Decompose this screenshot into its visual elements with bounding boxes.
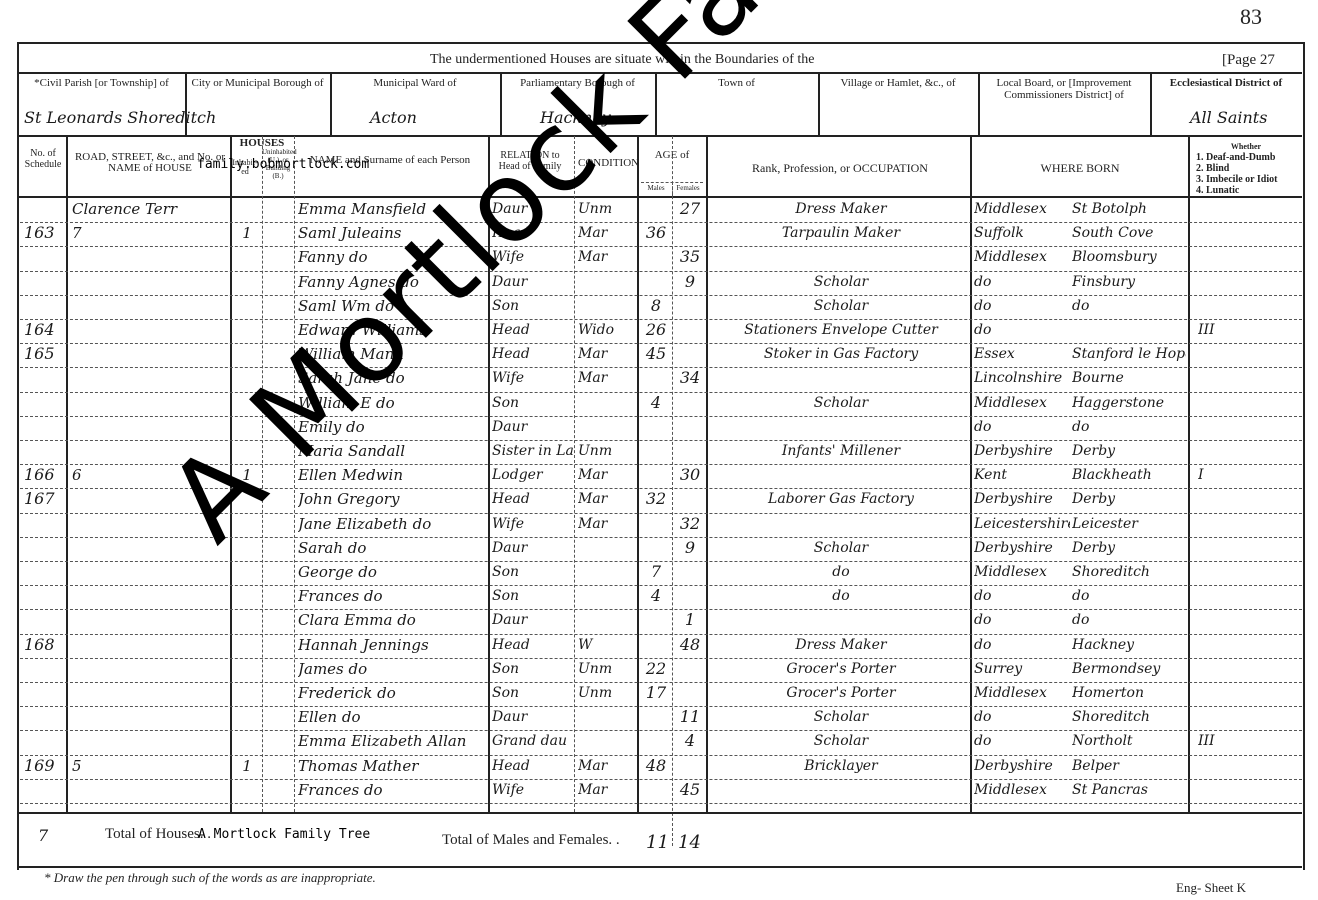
cell-relation: Head: [492, 636, 574, 654]
column-divider: [637, 136, 639, 812]
cell-condition: Mar: [578, 369, 636, 387]
cell-born-place: do: [1072, 611, 1186, 629]
cell-age-female: 11: [676, 708, 704, 726]
cell-born-place: Derby: [1072, 539, 1186, 557]
row-line: [20, 222, 1302, 223]
boundary-label: *Civil Parish [or Township] of: [22, 77, 181, 89]
whether-item: 4. Lunatic: [1196, 185, 1304, 196]
cell-born-place: St Pancras: [1072, 781, 1186, 799]
cell-schedule: 164: [24, 321, 66, 339]
cell-relation: Son: [492, 563, 574, 581]
whether-item: 3. Imbecile or Idiot: [1196, 174, 1304, 185]
cell-born-county: do: [974, 708, 1070, 726]
cell-age-male: 17: [642, 684, 670, 702]
row-line: [20, 730, 1302, 731]
column-divider: [970, 136, 972, 812]
cell-born-county: do: [974, 636, 1070, 654]
watermark-url: family.bobmortlock.com: [197, 157, 369, 172]
cell-relation: Son: [492, 660, 574, 678]
row-line: [20, 343, 1302, 344]
cell-occupation: Scholar: [716, 732, 966, 750]
boundary-label: City or Municipal Borough of: [189, 77, 326, 89]
cell-born-place: Finsbury: [1072, 273, 1186, 291]
cell-condition: Mar: [578, 466, 636, 484]
row-line: [20, 609, 1302, 610]
cell-born-county: do: [974, 273, 1070, 291]
row-line: [20, 367, 1302, 368]
sheet-label: Eng- Sheet K: [1176, 880, 1246, 896]
watermark-bottom: A Mortlock Family Tree: [198, 827, 370, 842]
total-females: 14: [678, 832, 701, 853]
cell-born-county: Derbyshire: [974, 539, 1070, 557]
cell-born-place: do: [1072, 418, 1186, 436]
cell-age-female: 48: [676, 636, 704, 654]
cell-age-female: 35: [676, 248, 704, 266]
cell-occupation: Scholar: [716, 539, 966, 557]
cell-condition: Mar: [578, 345, 636, 363]
cell-schedule: 163: [24, 224, 66, 242]
boundary-divider: [818, 73, 820, 135]
column-divider: [574, 136, 575, 812]
cell-schedule: 167: [24, 490, 66, 508]
cell-condition: Mar: [578, 490, 636, 508]
cell-born-county: Middlesex: [974, 781, 1070, 799]
cell-born-place: do: [1072, 587, 1186, 605]
age-subheader-divider: [672, 182, 673, 196]
cell-relation: Head: [492, 321, 574, 339]
cell-age-female: 32: [676, 515, 704, 533]
boundary-label: Local Board, or [Improvement Commissione…: [982, 77, 1146, 101]
cell-name: Sarah do: [298, 539, 486, 557]
cell-condition: Unm: [578, 660, 636, 678]
cell-born-place: Leicester: [1072, 515, 1186, 533]
footnote: * Draw the pen through such of the words…: [44, 870, 376, 886]
row-line: [20, 803, 1302, 804]
boundary-label: Municipal Ward of: [334, 77, 496, 89]
cell-condition: W: [578, 636, 636, 654]
cell-name: Ellen do: [298, 708, 486, 726]
cell-born-place: Bourne: [1072, 369, 1186, 387]
cell-occupation: Stationers Envelope Cutter: [716, 321, 966, 339]
cell-born-place: St Botolph: [1072, 200, 1186, 218]
cell-name: Frances do: [298, 587, 486, 605]
cell-age-female: 45: [676, 781, 704, 799]
cell-infirmity: III: [1198, 732, 1238, 750]
cell-born-place: Stanford le Hope: [1072, 345, 1186, 363]
row-line: [20, 634, 1302, 635]
cell-born-county: Essex: [974, 345, 1070, 363]
col-occupation: Rank, Profession, or OCCUPATION: [710, 163, 970, 174]
cell-born-place: Derby: [1072, 490, 1186, 508]
cell-born-place: South Cove: [1072, 224, 1186, 242]
cell-age-female: 4: [676, 732, 704, 750]
cell-born-county: Kent: [974, 466, 1070, 484]
cell-occupation: Dress Maker: [716, 200, 966, 218]
cell-relation: Daur: [492, 611, 574, 629]
cell-relation: Daur: [492, 418, 574, 436]
cell-occupation: Grocer's Porter: [716, 684, 966, 702]
cell-born-county: do: [974, 321, 1070, 339]
row-line: [20, 779, 1302, 780]
col-whether: Whether: [1192, 142, 1300, 151]
cell-relation: Sister in Law: [492, 442, 574, 460]
cell-name: Thomas Mather: [298, 757, 486, 775]
cell-schedule: 168: [24, 636, 66, 654]
page-number: 83: [1240, 4, 1262, 30]
cell-name: John Gregory: [298, 490, 486, 508]
cell-occupation: Bricklayer: [716, 757, 966, 775]
cell-born-place: Haggerstone: [1072, 394, 1186, 412]
boundary-value: All Saints: [1190, 108, 1267, 127]
cell-age-male: 45: [642, 345, 670, 363]
total-persons-label: Total of Males and Females. .: [442, 832, 620, 849]
boundary-label: Ecclesiastical District of: [1154, 77, 1298, 89]
cell-relation: Daur: [492, 539, 574, 557]
row-line: [20, 585, 1302, 586]
cell-relation: Son: [492, 684, 574, 702]
cell-born-county: Middlesex: [974, 563, 1070, 581]
cell-name: George do: [298, 563, 486, 581]
page-label: [Page 27: [1222, 52, 1275, 69]
row-line: [20, 658, 1302, 659]
cell-born-place: Northolt: [1072, 732, 1186, 750]
cell-occupation: Scholar: [716, 273, 966, 291]
cell-born-place: Shoreditch: [1072, 708, 1186, 726]
cell-age-female: 30: [676, 466, 704, 484]
cell-born-county: Lincolnshire: [974, 369, 1070, 387]
row-line: [20, 561, 1302, 562]
cell-condition: Unm: [578, 442, 636, 460]
whether-item: 2. Blind: [1196, 163, 1304, 174]
cell-age-female: 34: [676, 369, 704, 387]
cell-born-county: Derbyshire: [974, 757, 1070, 775]
cell-relation: Son: [492, 587, 574, 605]
cell-relation: Daur: [492, 708, 574, 726]
boundary-label: Village or Hamlet, &c., of: [822, 77, 974, 89]
cell-condition: Mar: [578, 781, 636, 799]
cell-condition: Unm: [578, 684, 636, 702]
cell-relation: Son: [492, 394, 574, 412]
cell-name: Clara Emma do: [298, 611, 486, 629]
cell-relation: Head: [492, 490, 574, 508]
boundary-divider: [185, 73, 187, 135]
cell-age-male: 22: [642, 660, 670, 678]
row-line: [20, 392, 1302, 393]
cell-occupation: Dress Maker: [716, 636, 966, 654]
col-whether-list: 1. Deaf-and-Dumb2. Blind3. Imbecile or I…: [1196, 152, 1304, 196]
cell-name: Emma Elizabeth Allan: [298, 732, 486, 750]
cell-born-county: do: [974, 732, 1070, 750]
cell-occupation: Scholar: [716, 297, 966, 315]
boundary-divider: [978, 73, 980, 135]
cell-born-place: Bermondsey: [1072, 660, 1186, 678]
cell-condition: Mar: [578, 757, 636, 775]
cell-born-county: Leicestershire: [974, 515, 1070, 533]
cell-road: Clarence Terr: [72, 200, 228, 218]
cell-occupation: Laborer Gas Factory: [716, 490, 966, 508]
cell-born-place: Blackheath: [1072, 466, 1186, 484]
cell-occupation: do: [716, 587, 966, 605]
cell-born-place: Bloomsbury: [1072, 248, 1186, 266]
cell-condition: Mar: [578, 515, 636, 533]
cell-born-county: Derbyshire: [974, 490, 1070, 508]
cell-age-male: 32: [642, 490, 670, 508]
total-houses-label: Total of Houses. .: [105, 826, 211, 843]
cell-schedule: 166: [24, 466, 66, 484]
cell-age-male: 4: [642, 394, 670, 412]
cell-occupation: Scholar: [716, 708, 966, 726]
column-divider: [66, 136, 68, 812]
cell-relation: Head: [492, 345, 574, 363]
boundary-divider: [330, 73, 332, 135]
row-line: [20, 246, 1302, 247]
cell-schedule: 169: [24, 757, 66, 775]
cell-age-male: 7: [642, 563, 670, 581]
cell-born-county: do: [974, 418, 1070, 436]
row-line: [20, 755, 1302, 756]
cell-inhabited: 1: [234, 224, 260, 242]
cell-relation: Son: [492, 297, 574, 315]
cell-born-place: do: [1072, 297, 1186, 315]
cell-age-male: 48: [642, 757, 670, 775]
total-houses-count: 7: [38, 826, 48, 845]
cell-occupation: Scholar: [716, 394, 966, 412]
boundary-divider: [1150, 73, 1152, 135]
cell-born-county: Surrey: [974, 660, 1070, 678]
cell-relation: Wife: [492, 369, 574, 387]
cell-occupation: Grocer's Porter: [716, 660, 966, 678]
column-divider: [672, 136, 673, 846]
cell-condition: Mar: [578, 224, 636, 242]
cell-relation: Lodger: [492, 466, 574, 484]
cell-born-county: Derbyshire: [974, 442, 1070, 460]
col-schedule: No. of Schedule: [20, 148, 66, 170]
cell-born-place: Homerton: [1072, 684, 1186, 702]
cell-born-county: Middlesex: [974, 394, 1070, 412]
cell-born-county: do: [974, 297, 1070, 315]
cell-born-place: Belper: [1072, 757, 1186, 775]
cell-born-county: Middlesex: [974, 684, 1070, 702]
cell-age-female: 27: [676, 200, 704, 218]
row-line: [20, 706, 1302, 707]
cell-age-female: 9: [676, 273, 704, 291]
cell-road: 5: [72, 757, 228, 775]
cell-name: Frederick do: [298, 684, 486, 702]
cell-relation: Wife: [492, 515, 574, 533]
cell-age-male: 8: [642, 297, 670, 315]
cell-age-female: 9: [676, 539, 704, 557]
whether-item: 1. Deaf-and-Dumb: [1196, 152, 1304, 163]
cell-born-place: Hackney: [1072, 636, 1186, 654]
row-line: [20, 295, 1302, 296]
cell-age-male: 4: [642, 587, 670, 605]
row-line: [20, 271, 1302, 272]
cell-inhabited: 1: [234, 757, 260, 775]
col-where-born: WHERE BORN: [975, 163, 1185, 174]
cell-relation: Grand dau: [492, 732, 574, 750]
cell-condition: Mar: [578, 248, 636, 266]
cell-born-county: do: [974, 587, 1070, 605]
cell-infirmity: I: [1198, 466, 1238, 484]
cell-age-male: 26: [642, 321, 670, 339]
cell-name: Hannah Jennings: [298, 636, 486, 654]
cell-infirmity: III: [1198, 321, 1238, 339]
cell-born-place: Shoreditch: [1072, 563, 1186, 581]
row-line: [20, 682, 1302, 683]
column-divider: [706, 136, 708, 812]
cell-condition: Wido: [578, 321, 636, 339]
cell-born-place: Derby: [1072, 442, 1186, 460]
boundary-value: St Leonards Shoreditch: [24, 108, 216, 127]
cell-name: Frances do: [298, 781, 486, 799]
col-females: Females: [673, 184, 703, 193]
cell-relation: Wife: [492, 781, 574, 799]
boundary-value: Acton: [370, 108, 417, 127]
cell-name: James do: [298, 660, 486, 678]
cell-occupation: Stoker in Gas Factory: [716, 345, 966, 363]
cell-occupation: do: [716, 563, 966, 581]
col-males: Males: [641, 184, 671, 193]
column-divider: [1188, 136, 1190, 812]
cell-road: 7: [72, 224, 228, 242]
cell-occupation: Infants' Millener: [716, 442, 966, 460]
cell-occupation: Tarpaulin Maker: [716, 224, 966, 242]
cell-age-female: 1: [676, 611, 704, 629]
cell-age-male: 36: [642, 224, 670, 242]
cell-born-county: do: [974, 611, 1070, 629]
cell-schedule: 165: [24, 345, 66, 363]
cell-born-county: Suffolk: [974, 224, 1070, 242]
cell-born-county: Middlesex: [974, 200, 1070, 218]
cell-name: Jane Elizabeth do: [298, 515, 486, 533]
row-line: [20, 319, 1302, 320]
cell-relation: Head: [492, 757, 574, 775]
total-males: 11: [646, 832, 669, 853]
cell-born-county: Middlesex: [974, 248, 1070, 266]
